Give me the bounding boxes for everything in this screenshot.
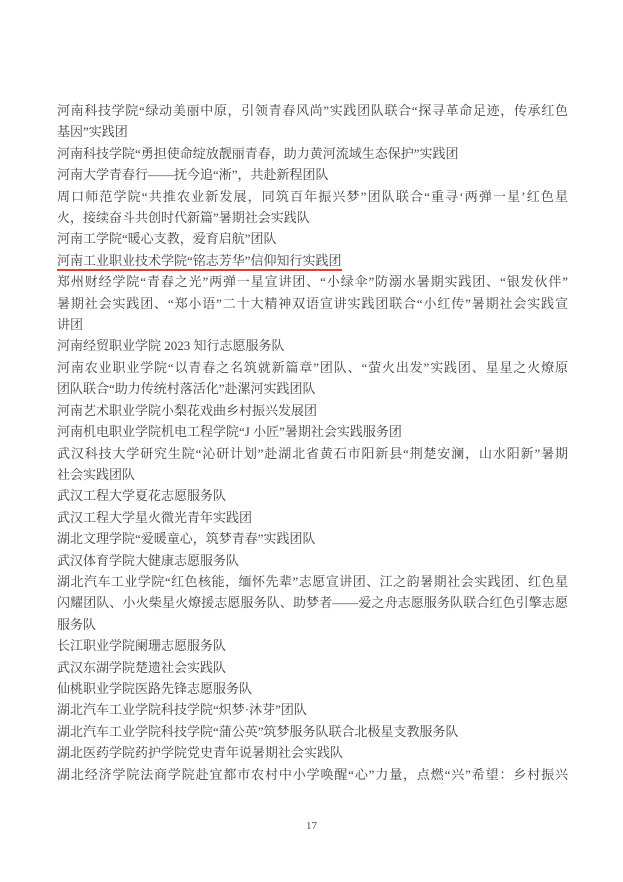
team-entry-line: 仙桃职业学院医路先锋志愿服务队 (57, 678, 568, 699)
team-entry-line: 湖北医药学院药护学院党史青年说暑期社会实践队 (57, 742, 568, 763)
team-entry-line: 郑州财经学院“青春之光”两弹一星宣讲团、“小绿伞”防溺水暑期实践团、“银发伙伴” (57, 271, 568, 292)
team-entry-line: 服务队 (57, 614, 568, 635)
team-entry-line: 暑期社会实践团、“郑小语”二十大精神双语宣讲实践团联合“小红传”暑期社会实践宣 (57, 293, 568, 314)
team-entry-text: 武汉工程大学夏花志愿服务队 (57, 488, 226, 503)
team-entry-line-highlighted: 河南工业职业技术学院“铭志芳华”信仰知行实践团 (57, 250, 568, 271)
team-entry-line: 湖北经济学院法商学院赴宜都市农村中小学唤醒“心”力量，点燃“兴”希望：乡村振兴 (57, 764, 568, 785)
team-entry-line: 基因”实践团 (57, 121, 568, 142)
team-entry-line: 武汉科技大学研究生院“沁研计划”赴湖北省黄石市阳新县“荆楚安澜，山水阳新”暑期 (57, 443, 568, 464)
team-name-list: 河南科技学院“绿动美丽中原，引领青春风尚”实践团队联合“探寻革命足迹，传承红色基… (57, 100, 568, 785)
team-entry-text: 河南艺术职业学院小梨花戏曲乡村振兴发展团 (57, 403, 317, 418)
team-entry-line: 社会实践团队 (57, 464, 568, 485)
team-entry-text: 河南工学院“暖心支教，爱育启航”团队 (57, 231, 277, 246)
team-entry-line: 河南科技学院“绿动美丽中原，引领青春风尚”实践团队联合“探寻革命足迹，传承红色 (57, 100, 568, 121)
team-entry-text: 武汉科技大学研究生院“沁研计划”赴湖北省黄石市阳新县“荆楚安澜，山水阳新”暑期 (57, 446, 568, 461)
highlighted-team-entry-text: 河南工业职业技术学院“铭志芳华”信仰知行实践团 (57, 253, 342, 271)
team-entry-line: 湖北汽车工业学院科技学院“蒲公英”筑梦服务队联合北极星支教服务队 (57, 721, 568, 742)
team-entry-line: 河南科技学院“勇担使命绽放靓丽青春，助力黄河流域生态保护”实践团 (57, 143, 568, 164)
team-entry-line: 湖北汽车工业学院“红色核能，缅怀先辈”志愿宣讲团、江之韵暑期社会实践团、红色星 (57, 571, 568, 592)
team-entry-line: 河南大学青春行——抚今追“淅”，共赴新程团队 (57, 164, 568, 185)
document-page: 河南科技学院“绿动美丽中原，引领青春风尚”实践团队联合“探寻革命足迹，传承红色基… (0, 0, 623, 882)
team-entry-text: 郑州财经学院“青春之光”两弹一星宣讲团、“小绿伞”防溺水暑期实践团、“银发伙伴” (57, 274, 568, 289)
team-entry-text: 河南经贸职业学院 2023 知行志愿服务队 (57, 338, 285, 353)
team-entry-text: 河南科技学院“绿动美丽中原，引领青春风尚”实践团队联合“探寻革命足迹，传承红色 (57, 103, 568, 118)
team-entry-text: 讲团 (57, 317, 83, 332)
team-entry-line: 武汉体育学院大健康志愿服务队 (57, 550, 568, 571)
team-entry-line: 武汉工程大学夏花志愿服务队 (57, 485, 568, 506)
team-entry-line: 火，接续奋斗共创时代新篇”暑期社会实践队 (57, 207, 568, 228)
team-entry-text: 周口师范学院“共推农业新发展，同筑百年振兴梦”团队联合“重寻‘两弹一星’红色星 (57, 189, 568, 204)
team-entry-text: 长江职业学院阑珊志愿服务队 (57, 638, 226, 653)
team-entry-line: 河南农业职业学院“以青春之名筑就新篇章”团队、“萤火出发”实践团、星星之火燎原 (57, 357, 568, 378)
team-entry-line: 讲团 (57, 314, 568, 335)
page-number: 17 (0, 820, 623, 832)
team-entry-text: 湖北经济学院法商学院赴宜都市农村中小学唤醒“心”力量，点燃“兴”希望：乡村振兴 (57, 767, 568, 782)
team-entry-text: 湖北文理学院“爱暖童心，筑梦青春”实践团队 (57, 531, 316, 546)
team-entry-text: 基因”实践团 (57, 124, 128, 139)
team-entry-text: 河南农业职业学院“以青春之名筑就新篇章”团队、“萤火出发”实践团、星星之火燎原 (57, 360, 568, 375)
team-entry-text: 火，接续奋斗共创时代新篇”暑期社会实践队 (57, 210, 310, 225)
team-entry-text: 团队联合“助力传统村落活化”赴漯河实践团队 (57, 381, 316, 396)
team-entry-text: 武汉体育学院大健康志愿服务队 (57, 553, 239, 568)
team-entry-line: 河南经贸职业学院 2023 知行志愿服务队 (57, 335, 568, 356)
team-entry-line: 周口师范学院“共推农业新发展，同筑百年振兴梦”团队联合“重寻‘两弹一星’红色星 (57, 186, 568, 207)
team-entry-text: 湖北医药学院药护学院党史青年说暑期社会实践队 (57, 745, 343, 760)
team-entry-text: 仙桃职业学院医路先锋志愿服务队 (57, 681, 252, 696)
team-entry-text: 河南科技学院“勇担使命绽放靓丽青春，助力黄河流域生态保护”实践团 (57, 146, 459, 161)
team-entry-text: 河南机电职业学院机电工程学院“J 小匠”暑期社会实践服务团 (57, 424, 402, 439)
team-entry-text: 湖北汽车工业学院“红色核能，缅怀先辈”志愿宣讲团、江之韵暑期社会实践团、红色星 (57, 574, 568, 589)
team-entry-line: 武汉东湖学院楚遗社会实践队 (57, 657, 568, 678)
team-entry-line: 湖北文理学院“爱暖童心，筑梦青春”实践团队 (57, 528, 568, 549)
team-entry-text: 河南大学青春行——抚今追“淅”，共赴新程团队 (57, 167, 329, 182)
team-entry-text: 武汉工程大学星火微光青年实践团 (57, 510, 252, 525)
team-entry-line: 河南工学院“暖心支教，爱育启航”团队 (57, 228, 568, 249)
team-entry-text: 武汉东湖学院楚遗社会实践队 (57, 660, 226, 675)
team-entry-line: 武汉工程大学星火微光青年实践团 (57, 507, 568, 528)
team-entry-line: 团队联合“助力传统村落活化”赴漯河实践团队 (57, 378, 568, 399)
team-entry-line: 河南机电职业学院机电工程学院“J 小匠”暑期社会实践服务团 (57, 421, 568, 442)
team-entry-text: 闪耀团队、小火柴星火燎援志愿服务队、助梦者——爱之舟志愿服务队联合红色引擎志愿 (57, 595, 568, 610)
team-entry-text: 湖北汽车工业学院科技学院“炽梦·沐芽”团队 (57, 702, 307, 717)
team-entry-text: 暑期社会实践团、“郑小语”二十大精神双语宣讲实践团联合“小红传”暑期社会实践宣 (57, 296, 568, 311)
team-entry-text: 社会实践团队 (57, 467, 135, 482)
team-entry-line: 河南艺术职业学院小梨花戏曲乡村振兴发展团 (57, 400, 568, 421)
team-entry-text: 湖北汽车工业学院科技学院“蒲公英”筑梦服务队联合北极星支教服务队 (57, 724, 459, 739)
team-entry-text: 服务队 (57, 617, 96, 632)
team-entry-line: 闪耀团队、小火柴星火燎援志愿服务队、助梦者——爱之舟志愿服务队联合红色引擎志愿 (57, 592, 568, 613)
team-entry-line: 湖北汽车工业学院科技学院“炽梦·沐芽”团队 (57, 699, 568, 720)
team-entry-line: 长江职业学院阑珊志愿服务队 (57, 635, 568, 656)
